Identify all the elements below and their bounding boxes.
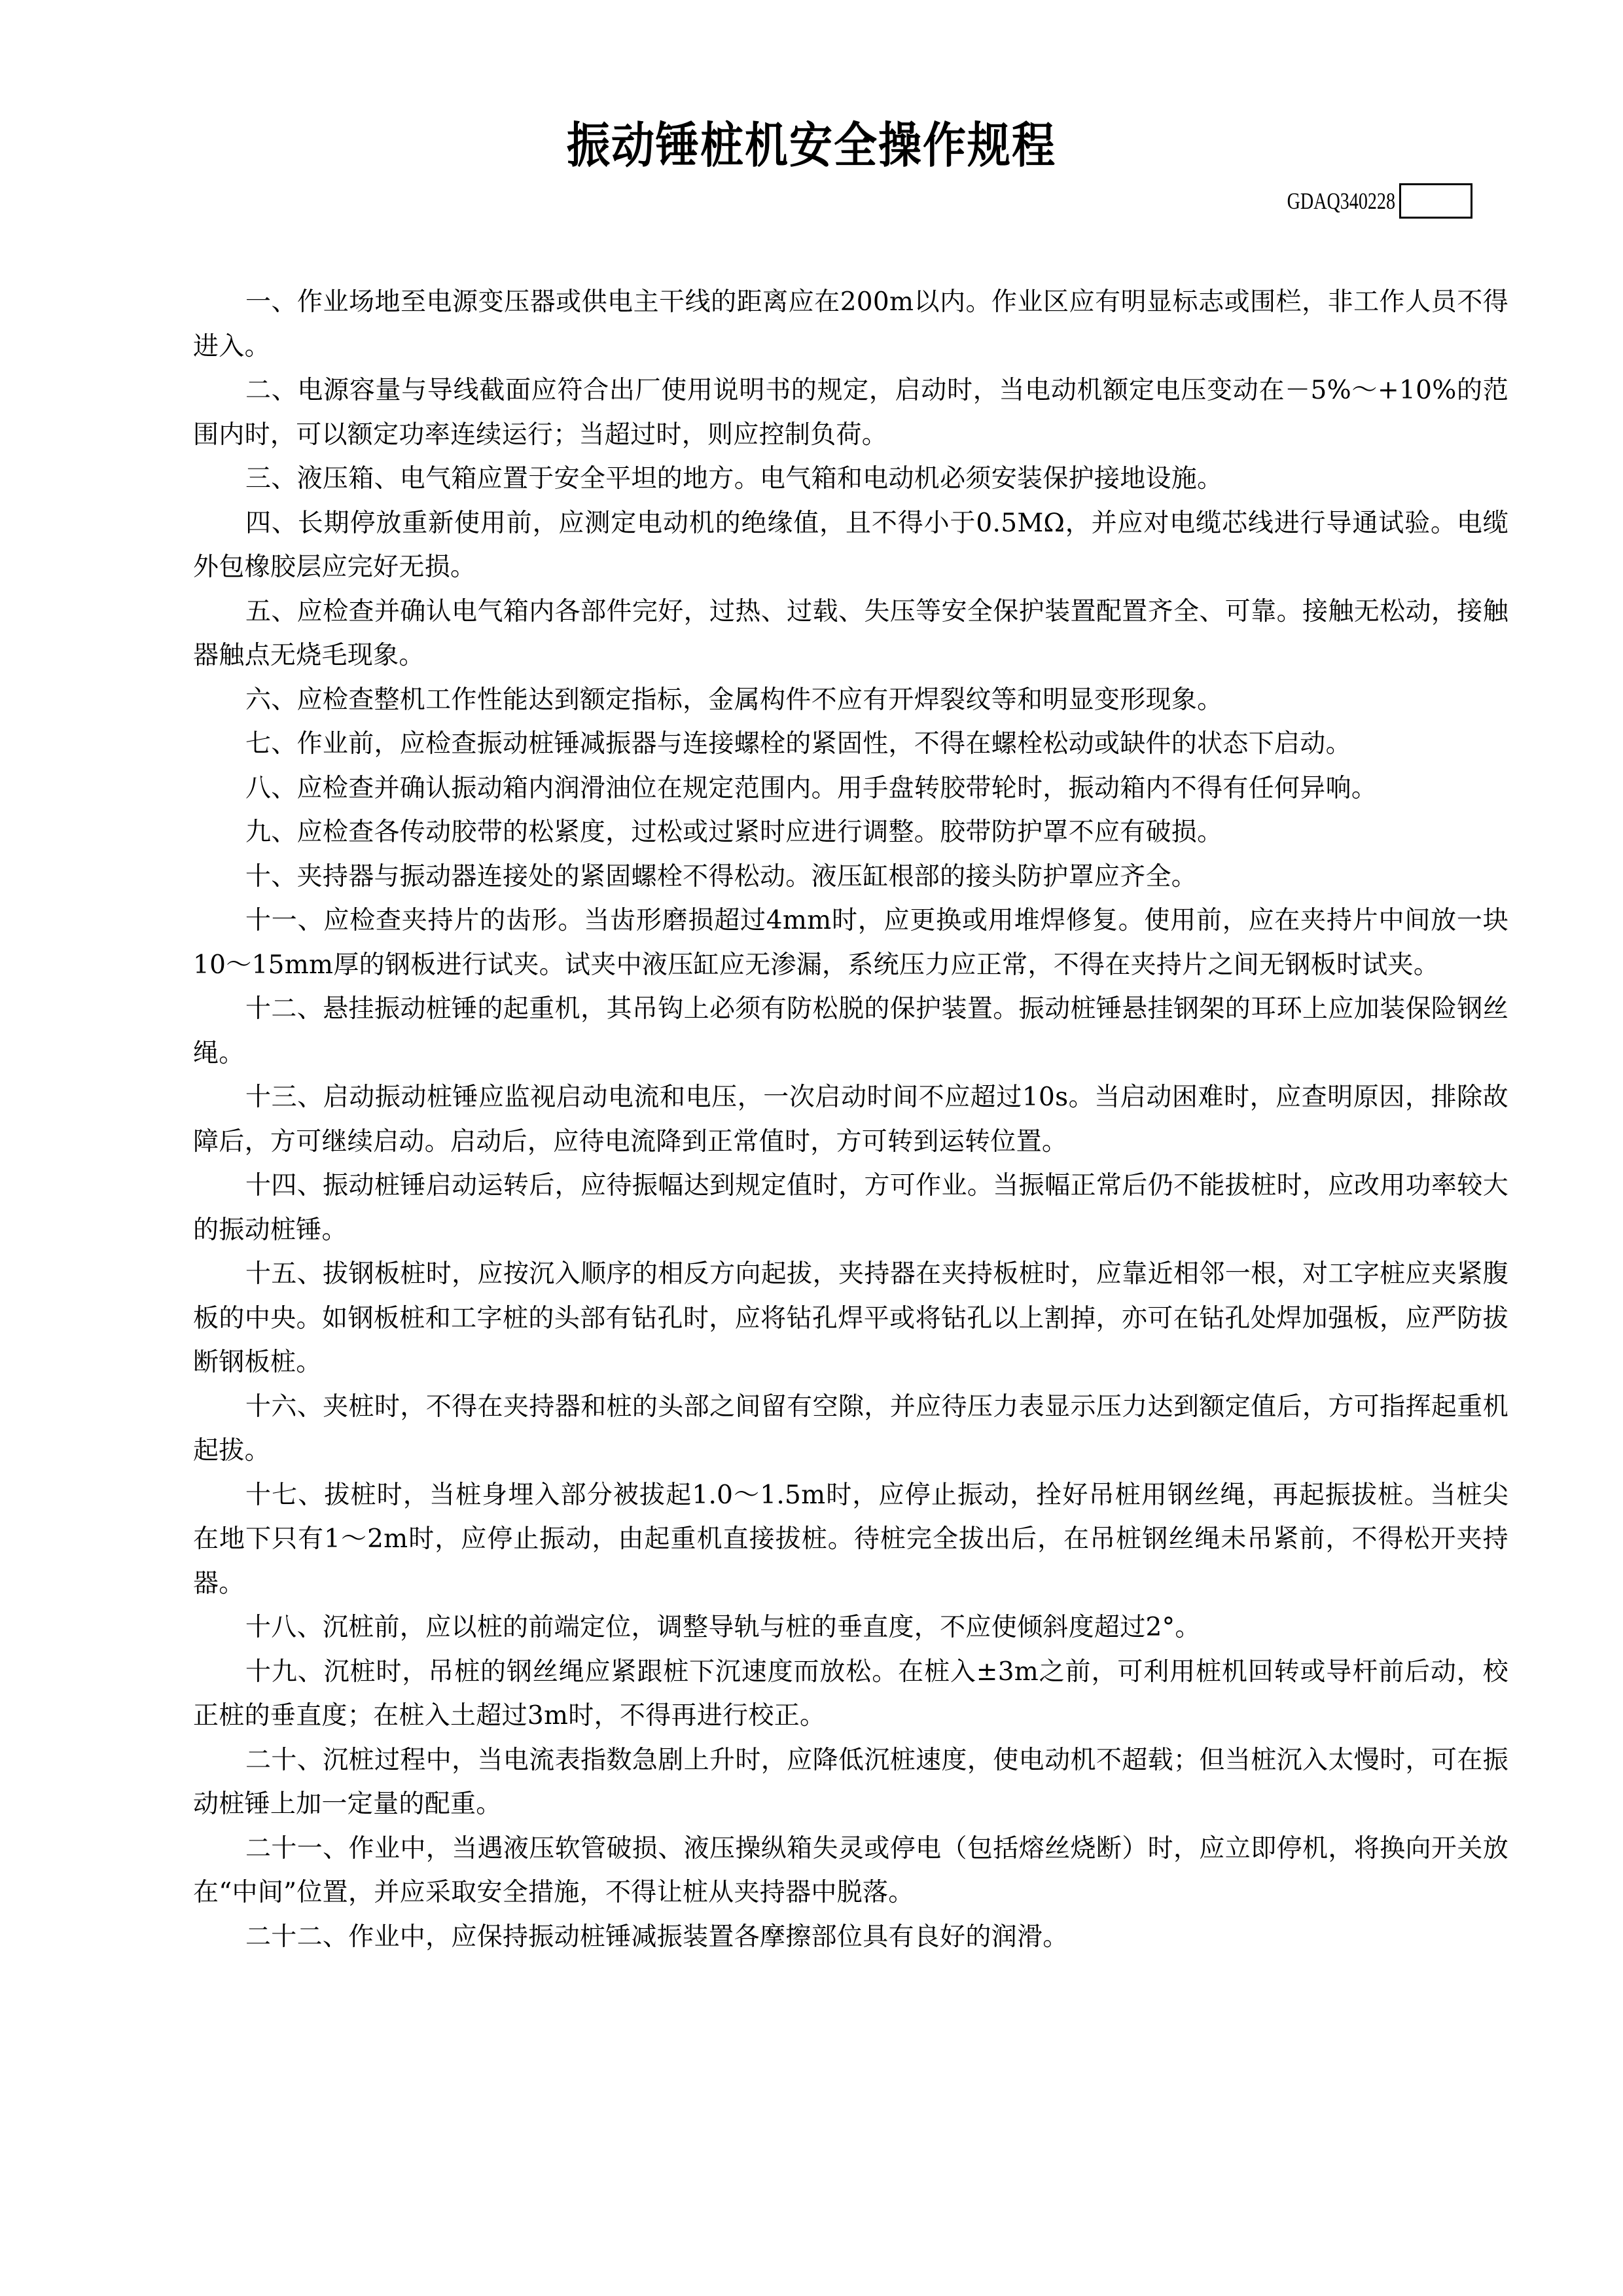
clause-4: 四、长期停放重新使用前，应测定电动机的绝缘值，且不得小于0.5MΩ，并应对电缆芯… <box>193 501 1508 590</box>
clause-10: 十、夹持器与振动器连接处的紧固螺栓不得松动。液压缸根部的接头防护罩应齐全。 <box>193 855 1508 899</box>
clause-11: 十一、应检查夹持片的齿形。当齿形磨损超过4mm时，应更换或用堆焊修复。使用前，应… <box>193 899 1508 987</box>
document-page: 振动锤桩机安全操作规程 GDAQ340228 一、作业场地至电源变压器或供电主干… <box>0 0 1623 2296</box>
clause-13: 十三、启动振动桩锤应监视启动电流和电压，一次启动时间不应超过10s。当启动困难时… <box>193 1075 1508 1164</box>
clause-1: 一、作业场地至电源变压器或供电主干线的距离应在200m以内。作业区应有明显标志或… <box>193 280 1508 368</box>
document-code: GDAQ340228 <box>1287 187 1395 215</box>
clause-5: 五、应检查并确认电气箱内各部件完好，过热、过载、失压等安全保护装置配置齐全、可靠… <box>193 590 1508 678</box>
clause-21: 二十一、作业中，当遇液压软管破损、液压操纵箱失灵或停电（包括熔丝烧断）时，应立即… <box>193 1827 1508 1915</box>
clause-2: 二、电源容量与导线截面应符合出厂使用说明书的规定，启动时，当电动机额定电压变动在… <box>193 368 1508 457</box>
clause-20: 二十、沉桩过程中，当电流表指数急剧上升时，应降低沉桩速度，使电动机不超载；但当桩… <box>193 1738 1508 1827</box>
document-code-box <box>1399 183 1472 219</box>
document-code-row: GDAQ340228 <box>1257 181 1472 221</box>
clause-3: 三、液压箱、电气箱应置于安全平坦的地方。电气箱和电动机必须安装保护接地设施。 <box>193 457 1508 501</box>
clause-15: 十五、拔钢板桩时，应按沉入顺序的相反方向起拔，夹持器在夹持板桩时，应靠近相邻一根… <box>193 1252 1508 1385</box>
document-body: 一、作业场地至电源变压器或供电主干线的距离应在200m以内。作业区应有明显标志或… <box>193 280 1508 1959</box>
clause-18: 十八、沉桩前，应以桩的前端定位，调整导轨与桩的垂直度，不应使倾斜度超过2°。 <box>193 1605 1508 1650</box>
clause-8: 八、应检查并确认振动箱内润滑油位在规定范围内。用手盘转胶带轮时，振动箱内不得有任… <box>193 766 1508 811</box>
document-title: 振动锤桩机安全操作规程 <box>0 113 1623 179</box>
clause-12: 十二、悬挂振动桩锤的起重机，其吊钩上必须有防松脱的保护装置。振动桩锤悬挂钢架的耳… <box>193 987 1508 1075</box>
clause-16: 十六、夹桩时，不得在夹持器和桩的头部之间留有空隙，并应待压力表显示压力达到额定值… <box>193 1385 1508 1473</box>
clause-6: 六、应检查整机工作性能达到额定指标，金属构件不应有开焊裂纹等和明显变形现象。 <box>193 678 1508 723</box>
clause-9: 九、应检查各传动胶带的松紧度，过松或过紧时应进行调整。胶带防护罩不应有破损。 <box>193 810 1508 855</box>
clause-17: 十七、拔桩时，当桩身埋入部分被拔起1.0～1.5m时，应停止振动，拴好吊桩用钢丝… <box>193 1473 1508 1606</box>
clause-7: 七、作业前，应检查振动桩锤减振器与连接螺栓的紧固性，不得在螺栓松动或缺件的状态下… <box>193 722 1508 766</box>
clause-14: 十四、振动桩锤启动运转后，应待振幅达到规定值时，方可作业。当振幅正常后仍不能拔桩… <box>193 1164 1508 1252</box>
clause-19: 十九、沉桩时，吊桩的钢丝绳应紧跟桩下沉速度而放松。在桩入±3m之前，可利用桩机回… <box>193 1650 1508 1738</box>
clause-22: 二十二、作业中，应保持振动桩锤减振装置各摩擦部位具有良好的润滑。 <box>193 1915 1508 1960</box>
